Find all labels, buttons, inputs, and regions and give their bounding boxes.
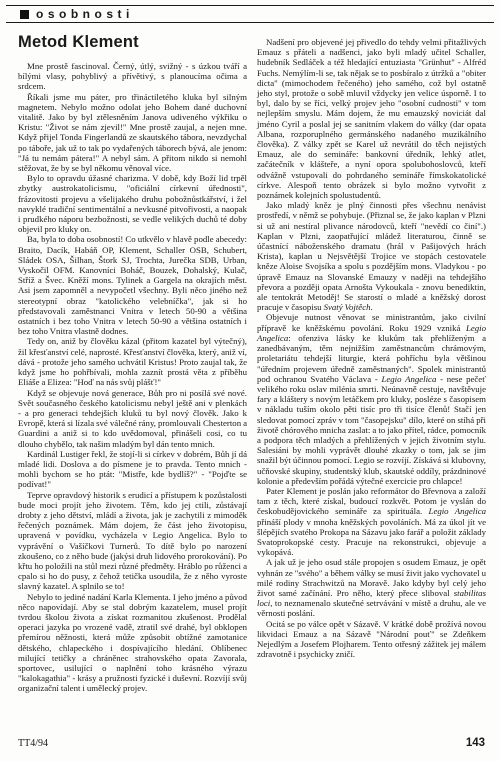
article-body: Metod Klement Mne prostě fascinoval. Čer…	[18, 29, 486, 694]
paragraph: A jak už je jeho osud stále propojen s o…	[257, 557, 486, 618]
article-column-right: Nadšení pro objevené jej přivedlo do teh…	[257, 29, 486, 694]
left-column-paragraphs: Mne prostě fascinoval. Černý, útlý, sviž…	[18, 61, 247, 694]
paragraph: Ba, byla to doba osobností! Co utkvělo v…	[18, 234, 247, 336]
section-label: osobnosti	[36, 8, 134, 21]
paragraph: Nebylo to jediné nadání Karla Klementa. …	[18, 592, 247, 694]
right-column-paragraphs: Nadšení pro objevené jej přivedlo do teh…	[257, 37, 486, 659]
paragraph: Tedy on, aniž by člověku kázal (přitom k…	[18, 336, 247, 387]
paragraph: Jako mladý kněz je plný činnosti přes vš…	[257, 200, 486, 312]
paragraph: Objevuje nutnost věnovat se ministrantům…	[257, 312, 486, 485]
paragraph: Ocitá se po válce opět v Sázavě. V krátk…	[257, 619, 486, 660]
section-header: osobnosti	[6, 5, 494, 23]
paragraph: Teprve opravdový historik s erudicí a př…	[18, 490, 247, 592]
section-marker-icon	[20, 10, 29, 19]
paragraph: Bylo to opravdu úžasné charizma. V době,…	[18, 173, 247, 234]
paragraph: Říkali jsme mu páter, pro třináctiletého…	[18, 92, 247, 174]
article-column-left: Metod Klement Mne prostě fascinoval. Čer…	[18, 29, 247, 694]
paragraph: Když se objevuje nová generace, Bůh pro …	[18, 388, 247, 449]
paragraph: Kardinál Lustiger řekl, že stojí-li si c…	[18, 449, 247, 490]
footer-page-number: 143	[466, 737, 485, 749]
footer-issue-label: TT4/94	[18, 738, 48, 749]
paragraph: Mne prostě fascinoval. Černý, útlý, sviž…	[18, 61, 247, 92]
page-title: Metod Klement	[18, 33, 247, 52]
paragraph: Nadšení pro objevené jej přivedlo do teh…	[257, 37, 486, 200]
footer: TT4/94 143	[18, 737, 485, 749]
paragraph: Pater Klement je poslán jako reformátor …	[257, 486, 486, 557]
